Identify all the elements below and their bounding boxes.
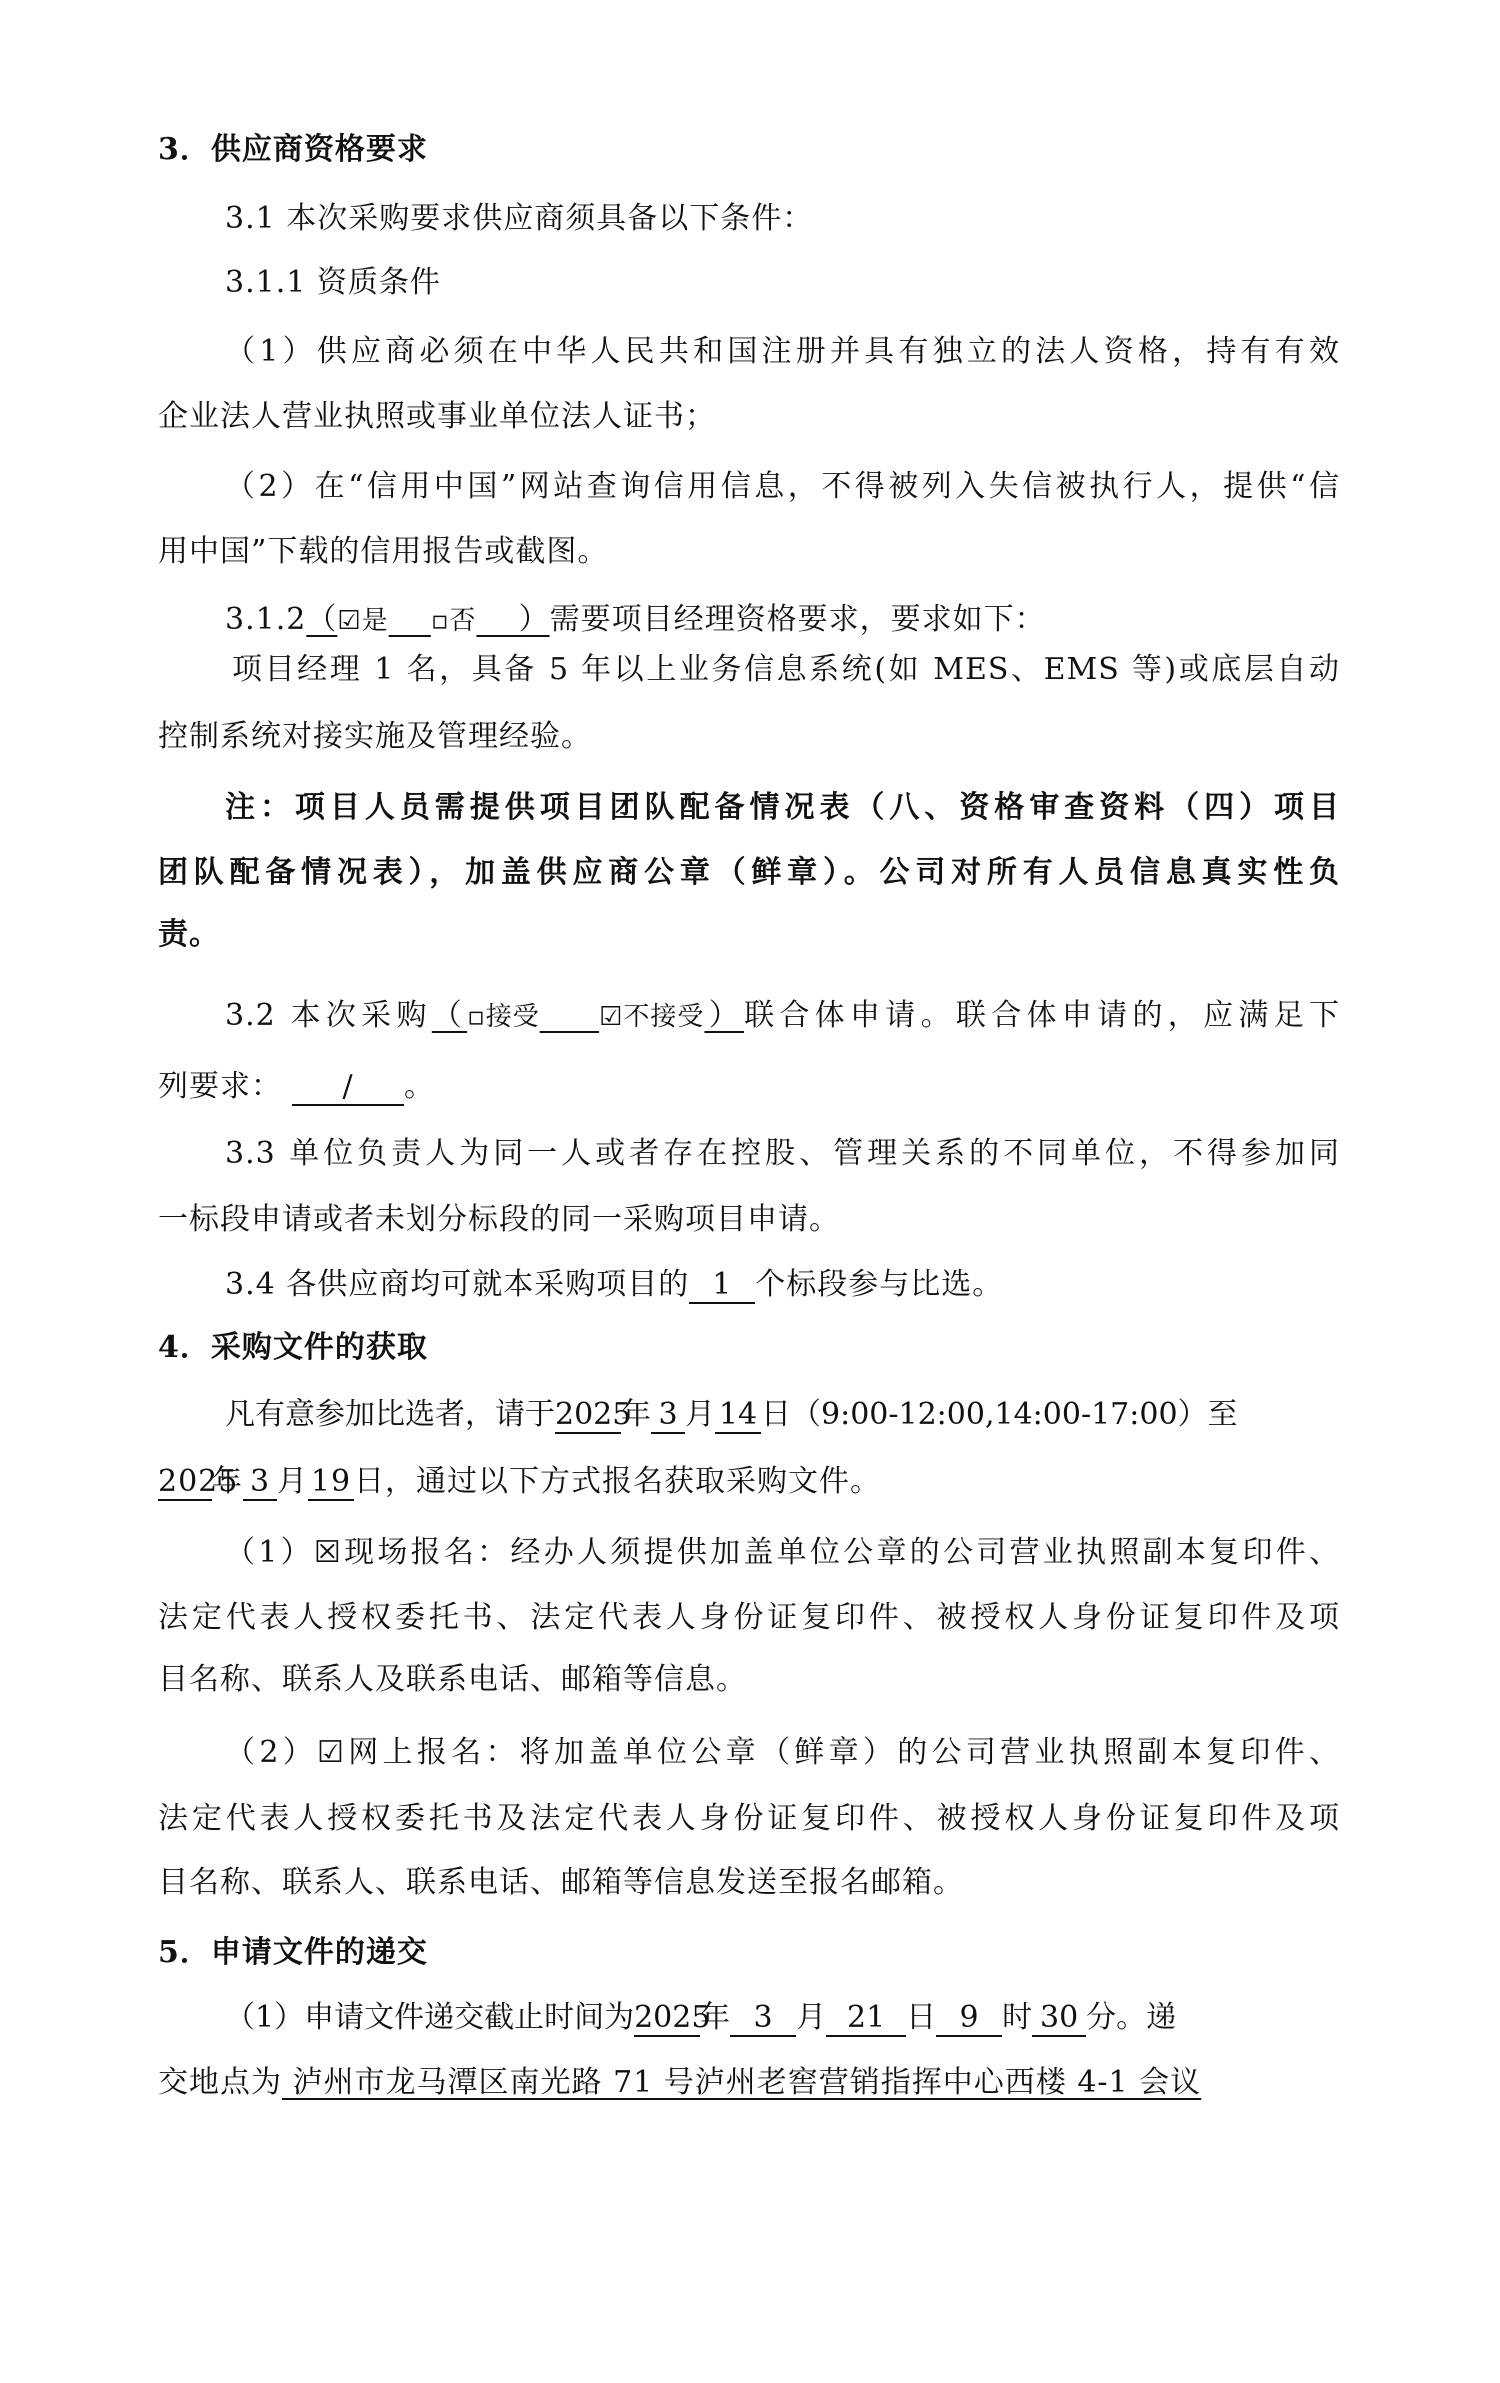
online-registration-line-2: 法定代表人授权委托书及法定代表人身份证复印件、被授权人身份证复印件及项 [158,1799,1340,1839]
start-month: 3 [651,1398,685,1434]
month-label: 月 [685,1397,715,1432]
consortium-choice: （▫接受 ☑不接受） [432,998,744,1033]
section-4-heading: 4．采购文件的获取 [158,1328,428,1368]
note-line-1: 注：项目人员需提供项目团队配备情况表（八、资格审查资料（四）项目 [225,788,1340,828]
location-address: 泸州市龙马潭区南光路 71 号泸州老窖营销指挥中心西楼 4-1 会议 [282,2065,1201,2100]
end-month: 3 [243,1465,277,1501]
start-day: 14 [715,1398,761,1434]
no-checkbox[interactable]: ▫否 [431,601,477,641]
acquisition-period-line-2: 2025年3月19日，通过以下方式报名获取采购文件。 [158,1462,881,1502]
clause-3-1: 3.1 本次采购要求供应商须具备以下条件： [225,199,813,239]
acquisition-period-line-1: 凡有意参加比选者，请于2025年3月14日（9:00-12:00,14:00-1… [225,1395,1238,1435]
yes-checkbox[interactable]: ☑是 [337,601,388,641]
lot-count-blank: 1 [689,1268,755,1304]
hour-label: 时 [1002,2000,1032,2035]
section-5-heading: 5．申请文件的递交 [158,1933,428,1973]
accept-checkbox[interactable]: ▫接受 [467,997,540,1037]
qualification-item-1-line-1: （1）供应商必须在中华人民共和国注册并具有独立的法人资格，持有有效 [225,332,1340,372]
section-3-heading: 3．供应商资格要求 [158,130,428,170]
deadline-day: 21 [826,2001,906,2037]
onsite-registration-line-3: 目名称、联系人及联系电话、邮箱等信息。 [158,1660,747,1700]
end-day: 19 [308,1465,354,1501]
acquisition-suffix: 日，通过以下方式报名获取采购文件。 [354,1464,881,1499]
clause-3-2-prefix: 3.2 本次采购 [225,998,432,1033]
pm-requirement-line-1: 项目经理 1 名，具备 5 年以上业务信息系统(如 MES、EMS 等)或底层自… [232,650,1340,690]
clause-3-3-line-2: 一标段申请或者未划分标段的同一采购项目申请。 [158,1200,840,1240]
clause-3-3-line-1: 3.3 单位负责人为同一人或者存在控股、管理关系的不同单位，不得参加同 [225,1134,1340,1174]
qualification-item-1-line-2: 企业法人营业执照或事业单位法人证书； [158,397,716,437]
month-label: 月 [796,2000,826,2035]
minute-label: 分。递 [1086,2000,1176,2035]
acquisition-intro: 凡有意参加比选者，请于 [225,1397,555,1432]
clause-3-1-2-number: 3.1.2 [225,602,306,637]
day-label: 日 [906,2000,936,2035]
clause-3-1-2-text: 需要项目经理资格要求，要求如下： [550,602,1046,637]
location-label: 交地点为 [158,2065,282,2100]
submission-deadline: （1）申请文件递交截止时间为2025年3月21日9时30分。递 [225,1998,1176,2038]
qualification-item-2-line-1: （2）在“信用中国”网站查询信用信息，不得被列入失信被执行人，提供“信 [225,467,1340,507]
deadline-year: 2025 [634,2001,700,2037]
year-label: 年 [212,1464,243,1499]
online-registration-line-1: （2）☑网上报名：将加盖单位公章（鲜章）的公司营业执照副本复印件、 [225,1733,1340,1773]
clause-3-2-line-2: 列要求：/。 [158,1067,435,1107]
start-year: 2025 [555,1398,621,1434]
consortium-requirements-label: 列要求： [158,1069,282,1104]
consortium-requirements-blank: / [292,1070,404,1106]
clause-3-4-suffix: 个标段参与比选。 [755,1267,1003,1302]
onsite-registration-line-2: 法定代表人授权委托书、法定代表人身份证复印件、被授权人身份证复印件及项 [158,1598,1340,1638]
reject-checkbox[interactable]: ☑不接受 [599,997,704,1037]
clause-3-4-prefix: 3.4 各供应商均可就本采购项目的 [225,1267,689,1302]
note-line-2: 团队配备情况表），加盖供应商公章（鲜章）。公司对所有人员信息真实性负 [158,853,1340,893]
office-hours: （9:00-12:00,14:00-17:00）至 [791,1397,1238,1432]
year-label: 年 [621,1397,651,1432]
clause-3-2-suffix: 联合体申请。联合体申请的，应满足下 [744,998,1340,1033]
submission-location: 交地点为 泸州市龙马潭区南光路 71 号泸州老窖营销指挥中心西楼 4-1 会议 [158,2063,1201,2103]
clause-3-1-2: 3.1.2（☑是 ▫否 ）需要项目经理资格要求，要求如下： [225,600,1046,640]
clause-3-2-line-1: 3.2 本次采购（▫接受 ☑不接受）联合体申请。联合体申请的，应满足下 [225,996,1340,1036]
deadline-minute: 30 [1032,2001,1086,2037]
month-label: 月 [277,1464,308,1499]
onsite-registration-line-1: （1）☒现场报名：经办人须提供加盖单位公章的公司营业执照副本复印件、 [225,1533,1340,1573]
year-label: 年 [700,2000,730,2035]
online-registration-line-3: 目名称、联系人、联系电话、邮箱等信息发送至报名邮箱。 [158,1863,964,1903]
clause-3-1-1: 3.1.1 资质条件 [225,263,441,303]
qualification-item-2-line-2: 用中国”下载的信用报告或截图。 [158,532,608,572]
note-line-3: 责。 [158,915,220,955]
end-year: 2025 [158,1465,212,1501]
pm-requirement-line-2: 控制系统对接实施及管理经验。 [158,717,592,757]
deadline-hour: 9 [936,2001,1002,2037]
period: 。 [404,1069,435,1104]
day-label: 日 [761,1397,791,1432]
deadline-label: （1）申请文件递交截止时间为 [225,2000,634,2035]
deadline-month: 3 [730,2001,796,2037]
clause-3-4: 3.4 各供应商均可就本采购项目的1个标段参与比选。 [225,1265,1003,1305]
pm-requirement-choice: （☑是 ▫否 ） [306,602,549,637]
